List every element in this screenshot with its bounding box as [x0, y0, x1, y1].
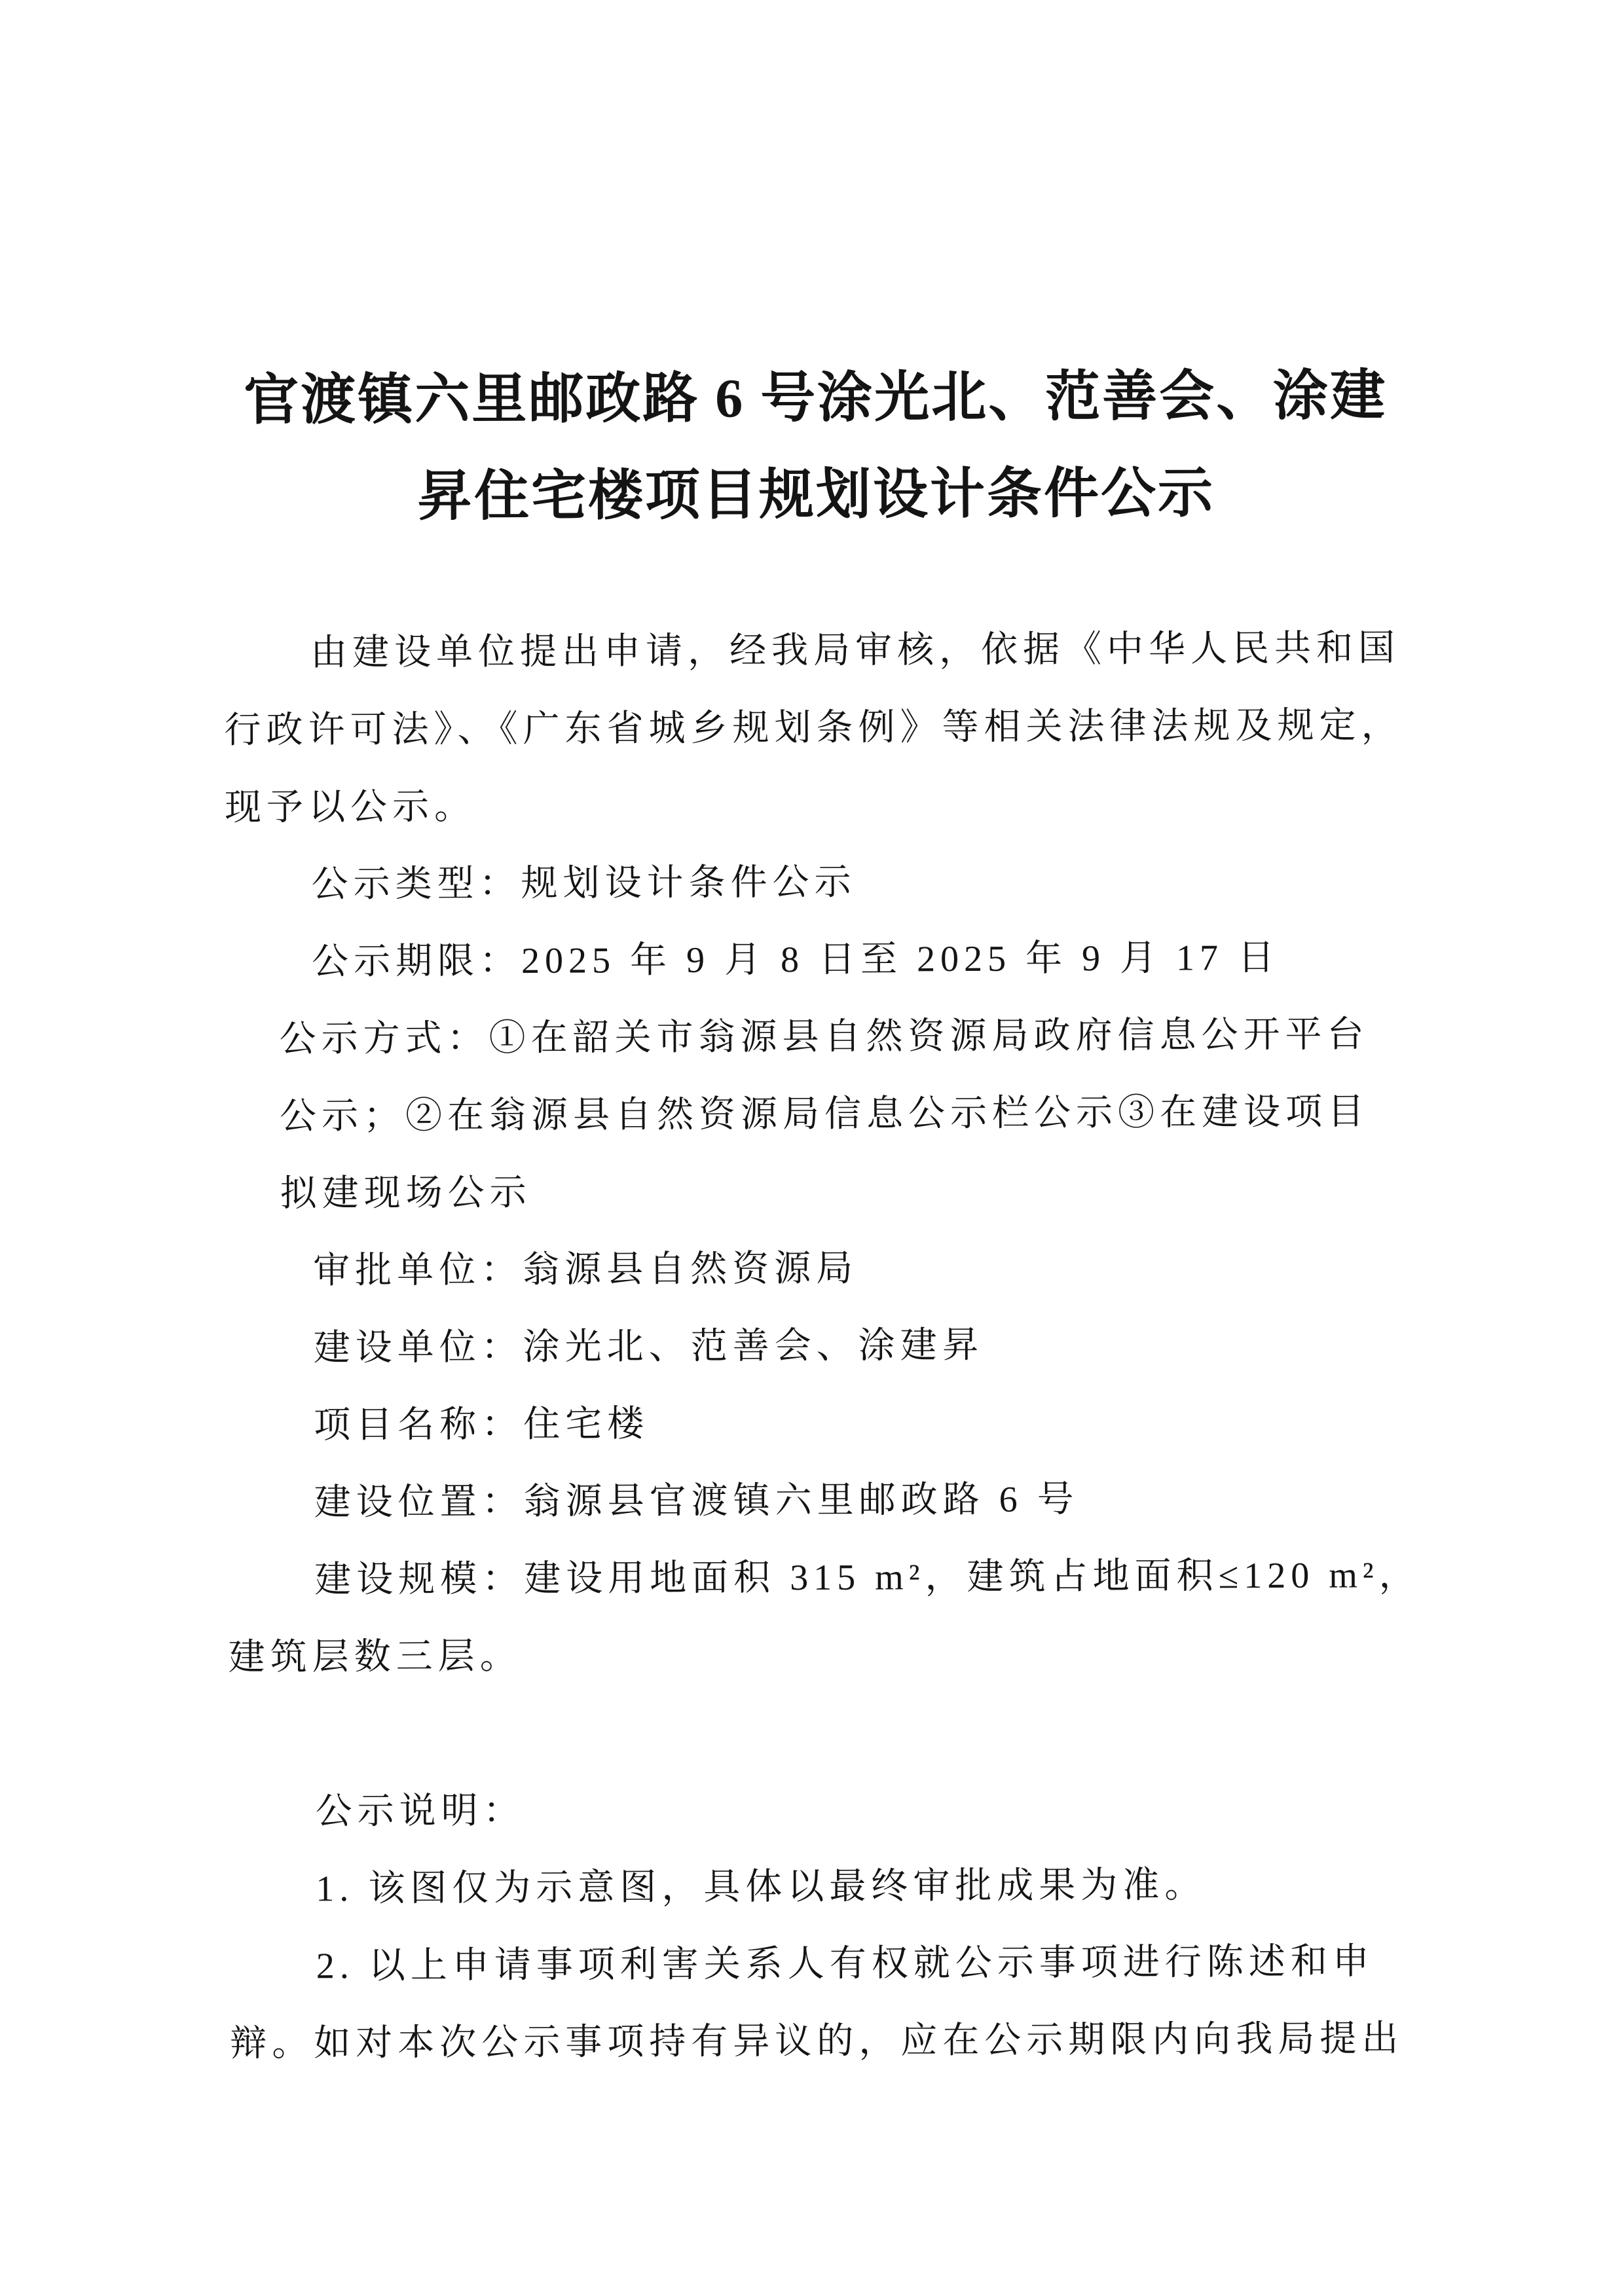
construction-unit-line: 建设单位：涂光北、范善会、涂建昇	[227, 1305, 1412, 1387]
notice-method-line-3: 拟建现场公示	[226, 1150, 1411, 1233]
scale-line-1: 建设规模：建设用地面积 315 m²，建筑占地面积≤120 m²，	[228, 1537, 1413, 1619]
notice-title-line-1: 官渡镇六里邮政路 6 号涂光北、范善会、涂建	[223, 348, 1409, 450]
notice-method-line-1: 公示方式：①在韶关市翁源县自然资源局政府信息公开平台	[225, 996, 1411, 1078]
explanation-item-2-line-2: 辩。如对本次公示事项持有异议的，应在公示期限内向我局提出	[230, 2000, 1415, 2083]
scale-line-2: 建筑层数三层。	[228, 1614, 1413, 1696]
project-name-line: 项目名称：住宅楼	[227, 1382, 1412, 1465]
notice-title: 官渡镇六里邮政路 6 号涂光北、范善会、涂建 昇住宅楼项目规划设计条件公示	[223, 348, 1409, 547]
scanned-notice-page: 官渡镇六里邮政路 6 号涂光北、范善会、涂建 昇住宅楼项目规划设计条件公示 由建…	[0, 0, 1624, 2296]
explanation-heading-line: 公示说明：	[229, 1768, 1414, 1851]
intro-line-1: 由建设单位提出申请，经我局审核，依据《中华人民共和国	[224, 610, 1409, 692]
notice-type-line: 公示类型：规划设计条件公示	[225, 841, 1410, 924]
intro-line-2: 行政许可法》、《广东省城乡规划条例》等相关法律法规及规定，	[224, 687, 1409, 769]
explanation-item-2-line-1: 2. 以上申请事项利害关系人有权就公示事项进行陈述和申	[230, 1923, 1415, 2005]
explanation-item-1-line: 1. 该图仅为示意图，具体以最终审批成果为准。	[229, 1846, 1414, 1928]
notice-period-line: 公示期限：2025 年 9 月 8 日至 2025 年 9 月 17 日	[225, 919, 1411, 1001]
notice-title-line-2: 昇住宅楼项目规划设计条件公示	[223, 445, 1409, 547]
location-line: 建设位置：翁源县官渡镇六里邮政路 6 号	[227, 1459, 1412, 1542]
intro-line-3: 现予以公示。	[225, 764, 1410, 847]
approval-unit-line: 审批单位：翁源县自然资源局	[227, 1228, 1412, 1310]
notice-body: 由建设单位提出申请，经我局审核，依据《中华人民共和国行政许可法》、《广东省城乡规…	[224, 610, 1416, 2083]
notice-method-line-2: 公示；②在翁源县自然资源局信息公示栏公示③在建设项目	[226, 1073, 1411, 1156]
blank-line	[229, 1691, 1414, 1774]
notice-content: 官渡镇六里邮政路 6 号涂光北、范善会、涂建 昇住宅楼项目规划设计条件公示 由建…	[223, 348, 1416, 2083]
